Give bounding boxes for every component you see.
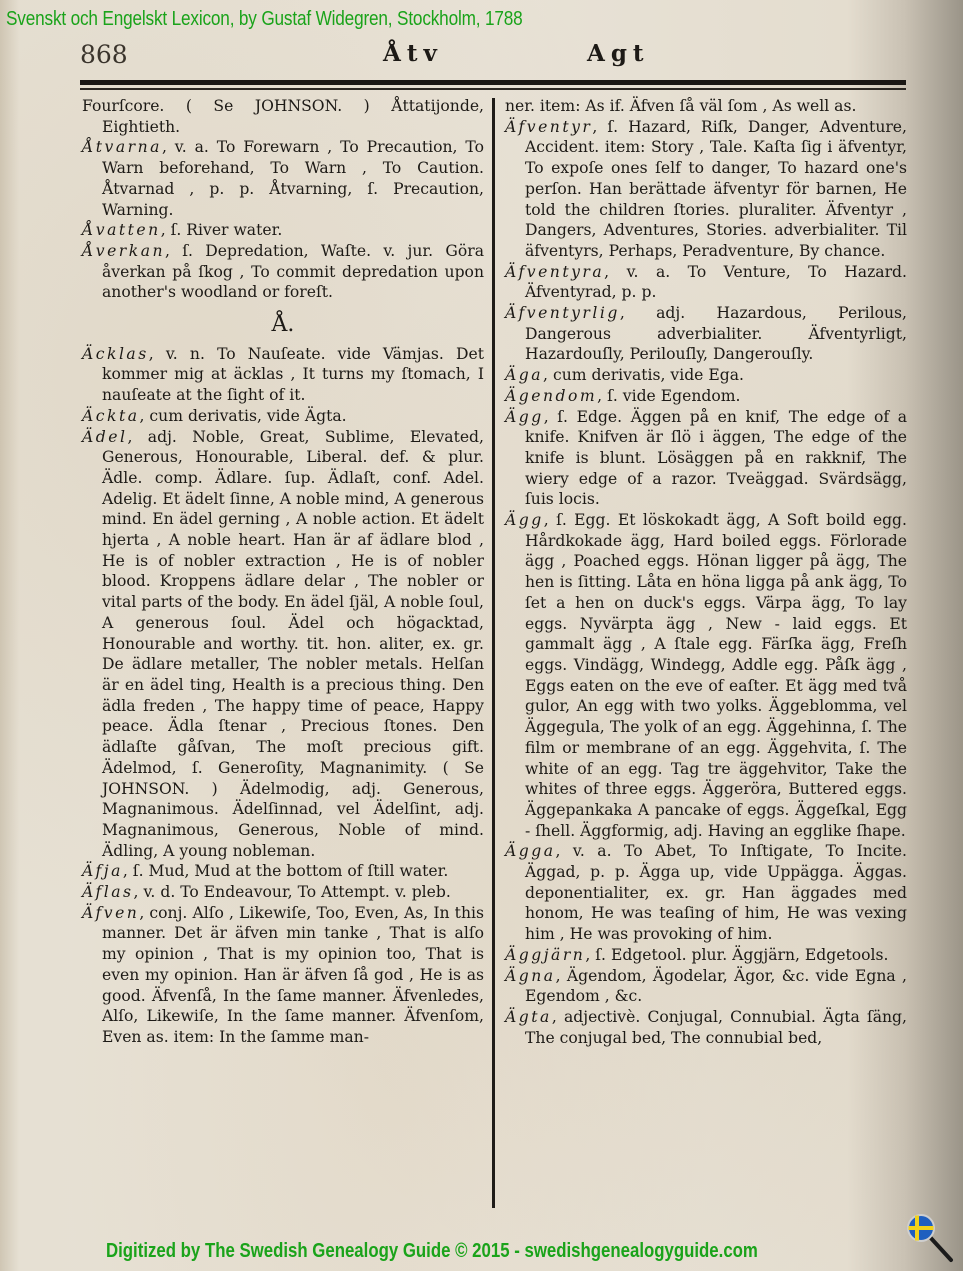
entry-text: , adj. Noble, Great, Sublime, Elevated, … (102, 428, 484, 860)
entry-text: , cum derivatis, vide Ega. (543, 366, 744, 384)
entry-text: , ſ. Edgetool. plur. Äggjärn, Edgetools. (585, 946, 888, 964)
right-column: ner. item: As if. Äfven ſå väl ſom , As … (505, 96, 907, 1048)
dictionary-entry: Ädel, adj. Noble, Great, Sublime, Elevat… (82, 427, 484, 862)
entry-text: ner. item: As if. Äfven ſå väl ſom , As … (505, 97, 856, 115)
dictionary-entry: Åverkan, ſ. Depredation, Waſte. v. jur. … (82, 241, 484, 303)
headword: Äfventyra (505, 263, 604, 281)
headword: Äckta (82, 407, 140, 425)
headword: Ägg (505, 408, 544, 426)
headword: Åverkan (82, 242, 165, 260)
entry-text: , ſ. Mud, Mud at the bottom of ſtill wat… (123, 862, 448, 880)
dictionary-entry: Äckta, cum derivatis, vide Ägta. (82, 406, 484, 427)
dictionary-entry: Ägna, Ägendom, Ägodelar, Ägor, &c. vide … (505, 966, 907, 1007)
book-title-banner: Svenskt och Engelskt Lexicon, by Gustaf … (6, 8, 523, 31)
dictionary-entry: Äfven, conj. Alſo , Likewiſe, Too, Even,… (82, 903, 484, 1048)
entry-text: , v. d. To Endeavour, To Attempt. v. ple… (134, 883, 451, 901)
left-column: Fourſcore. ( Se JOHNSON. ) Åttatijonde, … (82, 96, 484, 1048)
dictionary-entry: Ägga, v. a. To Abet, To Inſtigate, To In… (505, 841, 907, 945)
headword: Äfja (82, 862, 123, 880)
headword: Ägna (505, 967, 556, 985)
headword: Äggjärn (505, 946, 585, 964)
magnifier-icon (905, 1212, 957, 1264)
dictionary-entry: Åvatten, ſ. River water. (82, 220, 484, 241)
dictionary-entry: Ägendom, ſ. vide Egendom. (505, 386, 907, 407)
headword: Äfventyrlig (505, 304, 620, 322)
dictionary-entry: Äfventyrlig, adj. Hazardous, Perilous, D… (505, 303, 907, 365)
dictionary-entry: Äflas, v. d. To Endeavour, To Attempt. v… (82, 882, 484, 903)
headword: Ädel (82, 428, 127, 446)
entry-text: , ſ. Edge. Äggen på en knif, The edge of… (525, 408, 907, 509)
header-rule-thick (80, 80, 906, 85)
running-head: 868 Åtv Agt (0, 38, 963, 78)
entry-text: , ſ. Hazard, Riſk, Danger, Adventure, Ac… (525, 118, 907, 260)
guide-word-left: Åtv (383, 40, 443, 67)
column-divider (492, 98, 495, 1208)
headword: Äfven (82, 904, 139, 922)
headword: Ägga (505, 842, 556, 860)
digitized-by-credit: Digitized by The Swedish Genealogy Guide… (106, 1240, 758, 1263)
entry-text: , Ägendom, Ägodelar, Ägor, &c. vide Egna… (525, 967, 907, 1006)
dictionary-entry: Äga, cum derivatis, vide Ega. (505, 365, 907, 386)
entry-text: , conj. Alſo , Likewiſe, Too, Even, As, … (102, 904, 484, 1046)
entry-text: , v. a. To Abet, To Inſtigate, To Incite… (525, 842, 907, 943)
dictionary-entry: Åtvarna, v. a. To Forewarn , To Precauti… (82, 137, 484, 220)
entry-text: , ſ. River water. (161, 221, 283, 239)
dictionary-entry: Ägta, adjectivè. Conjugal, Connubial. Äg… (505, 1007, 907, 1048)
entry-text: , ſ. Egg. Et löskokadt ägg, A Soft boild… (525, 511, 907, 840)
dictionary-entry: Äfventyr, ſ. Hazard, Riſk, Danger, Adven… (505, 117, 907, 262)
headword: Ägendom (505, 387, 597, 405)
header-rule-thin (80, 88, 906, 90)
entry-text: , adjectivè. Conjugal, Connubial. Ägta ſ… (525, 1008, 907, 1047)
headword: Åvatten (82, 221, 161, 239)
dictionary-entry: Fourſcore. ( Se JOHNSON. ) Åttatijonde, … (82, 96, 484, 137)
headword: Äga (505, 366, 543, 384)
entry-text: , v. n. To Nauſeate. vide Vämjas. Det ko… (102, 345, 484, 404)
dictionary-entry: Äfventyra, v. a. To Venture, To Hazard. … (505, 262, 907, 303)
magnifier-sweden-flag-icon[interactable] (905, 1212, 957, 1264)
dictionary-entry: Äggjärn, ſ. Edgetool. plur. Äggjärn, Edg… (505, 945, 907, 966)
entry-text: , cum derivatis, vide Ägta. (140, 407, 347, 425)
headword: Ägta (505, 1008, 552, 1026)
dictionary-entry: Äcklas, v. n. To Nauſeate. vide Vämjas. … (82, 344, 484, 406)
dictionary-entry: ner. item: As if. Äfven ſå väl ſom , As … (505, 96, 907, 117)
section-letter-heading: Å. (82, 315, 484, 336)
entry-text: , ſ. vide Egendom. (597, 387, 740, 405)
headword: Äflas (82, 883, 134, 901)
dictionary-entry: Äfja, ſ. Mud, Mud at the bottom of ſtill… (82, 861, 484, 882)
entry-text: Fourſcore. ( Se JOHNSON. ) Åttatijonde, … (82, 97, 484, 136)
guide-word-right: Agt (587, 40, 650, 67)
dictionary-entry: Ägg, ſ. Edge. Äggen på en knif, The edge… (505, 407, 907, 511)
headword: Åtvarna (82, 138, 162, 156)
dictionary-entry: Ägg, ſ. Egg. Et löskokadt ägg, A Soft bo… (505, 510, 907, 841)
page-number: 868 (80, 40, 128, 69)
headword: Äcklas (82, 345, 149, 363)
headword: Ägg (505, 511, 544, 529)
headword: Äfventyr (505, 118, 592, 136)
